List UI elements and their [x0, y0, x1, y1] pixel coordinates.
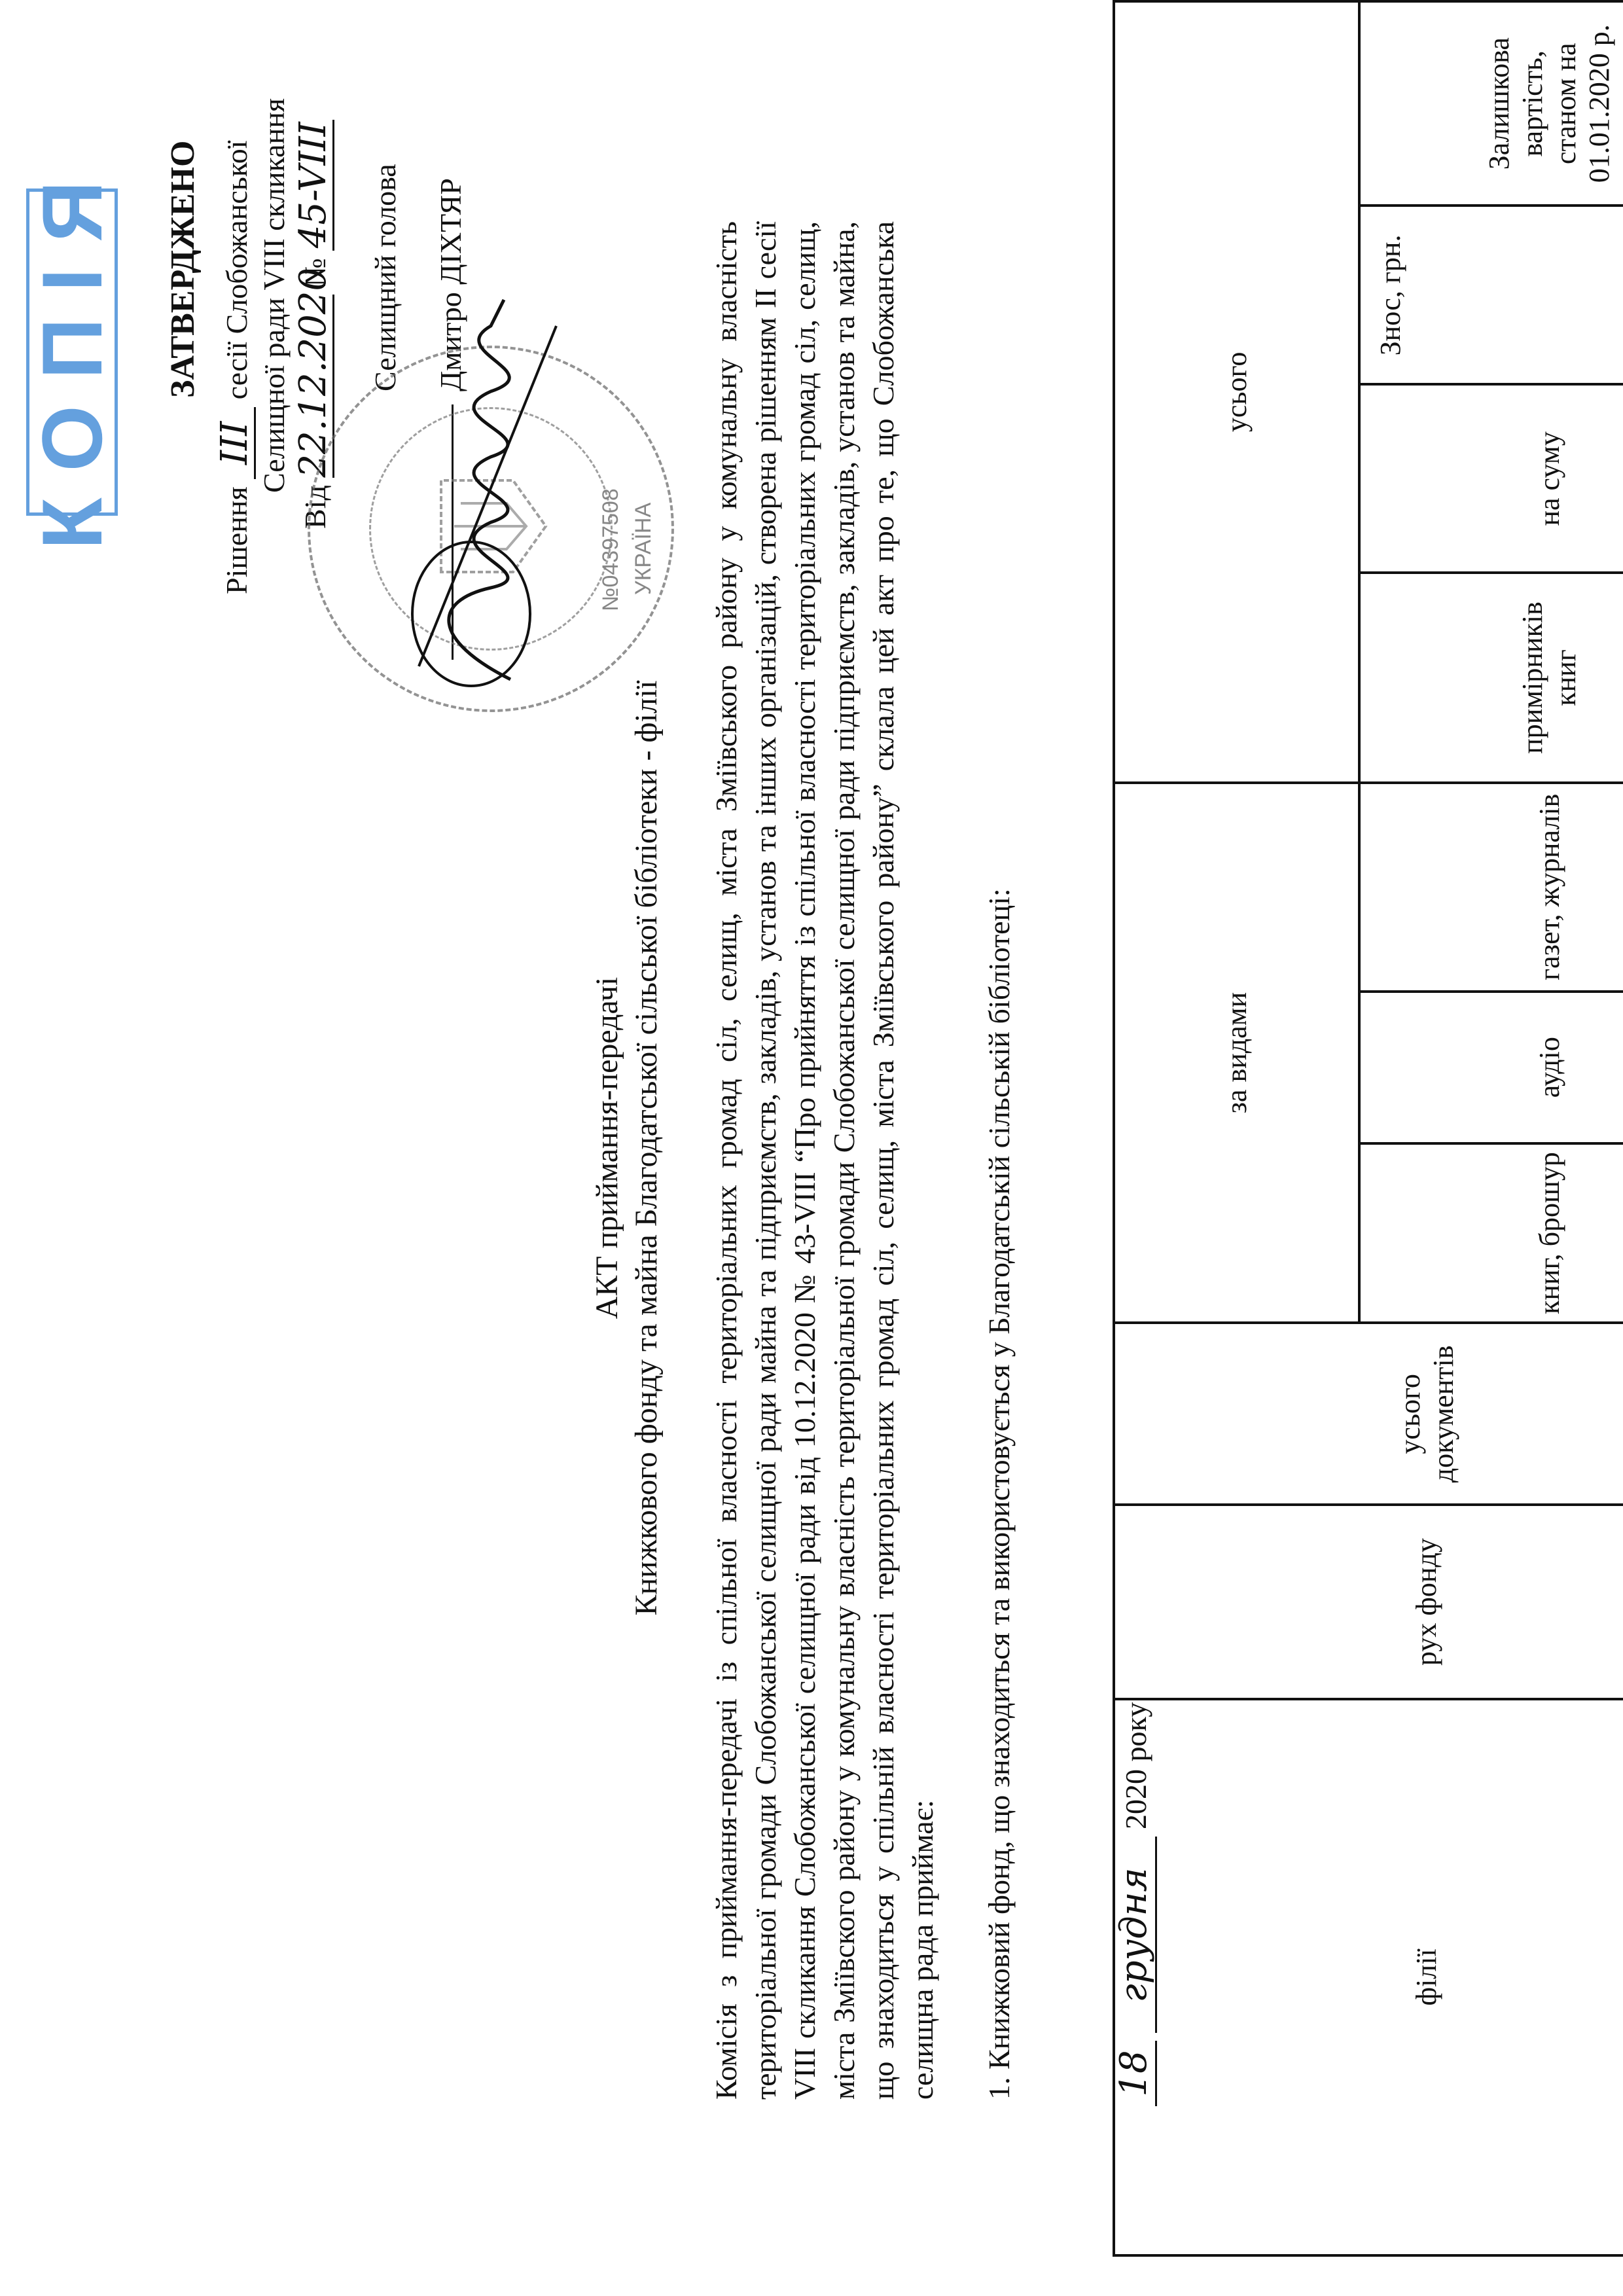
col-header-books: книг, брошур — [1359, 1143, 1623, 1323]
act-title: АКТ приймання-передачі — [589, 0, 625, 2296]
col-header-audio: аудіо — [1359, 992, 1623, 1143]
col-header-total-documents: усього документів — [1114, 1323, 1623, 1505]
col-header-periodicals: газет, журналів — [1359, 783, 1623, 992]
col-header-branch: філії — [1114, 1699, 1623, 2255]
decision-label: Рішення — [220, 486, 253, 594]
col-header-residual-value: Залишкова вартість, станом на 01.01.2020… — [1359, 1, 1623, 206]
section-1-heading: 1. Книжковий фонд, що знаходиться та вик… — [982, 888, 1016, 2100]
col-header-movement: рух фонду — [1114, 1505, 1623, 1699]
col-header-depreciation: Знос, грн. — [1359, 206, 1623, 384]
approval-title: ЗАТВЕРДЖЕНО — [164, 141, 202, 398]
approval-council-line: Селищної ради VIII скликання — [255, 98, 293, 493]
approval-decision-line: Рішення III сесії Слобожанської — [216, 140, 256, 594]
document-page: КОПІЯ ЗАТВЕРДЖЕНО Рішення III сесії Слоб… — [0, 0, 1623, 2296]
act-subtitle: Книжкового фонду та майна Благодатської … — [628, 0, 664, 2296]
book-fund-table: філії рух фонду усього документів за вид… — [1113, 0, 1623, 2257]
act-body-paragraph: Комісія з приймання-передачі із спільної… — [707, 221, 942, 2100]
decision-session-handwritten: III — [216, 407, 256, 479]
decision-suffix: сесії Слобожанської — [220, 140, 253, 399]
handwritten-signature-icon — [393, 287, 589, 692]
number-prefix: № — [298, 258, 332, 287]
col-header-sum: на суму — [1359, 385, 1623, 573]
col-header-book-copies: примірників книг — [1359, 573, 1623, 783]
approval-number-handwritten: 45-VIII — [294, 120, 334, 251]
group-header-total: усього — [1114, 1, 1359, 783]
copy-stamp: КОПІЯ — [26, 188, 118, 516]
group-header-by-type: за видами — [1114, 783, 1359, 1323]
